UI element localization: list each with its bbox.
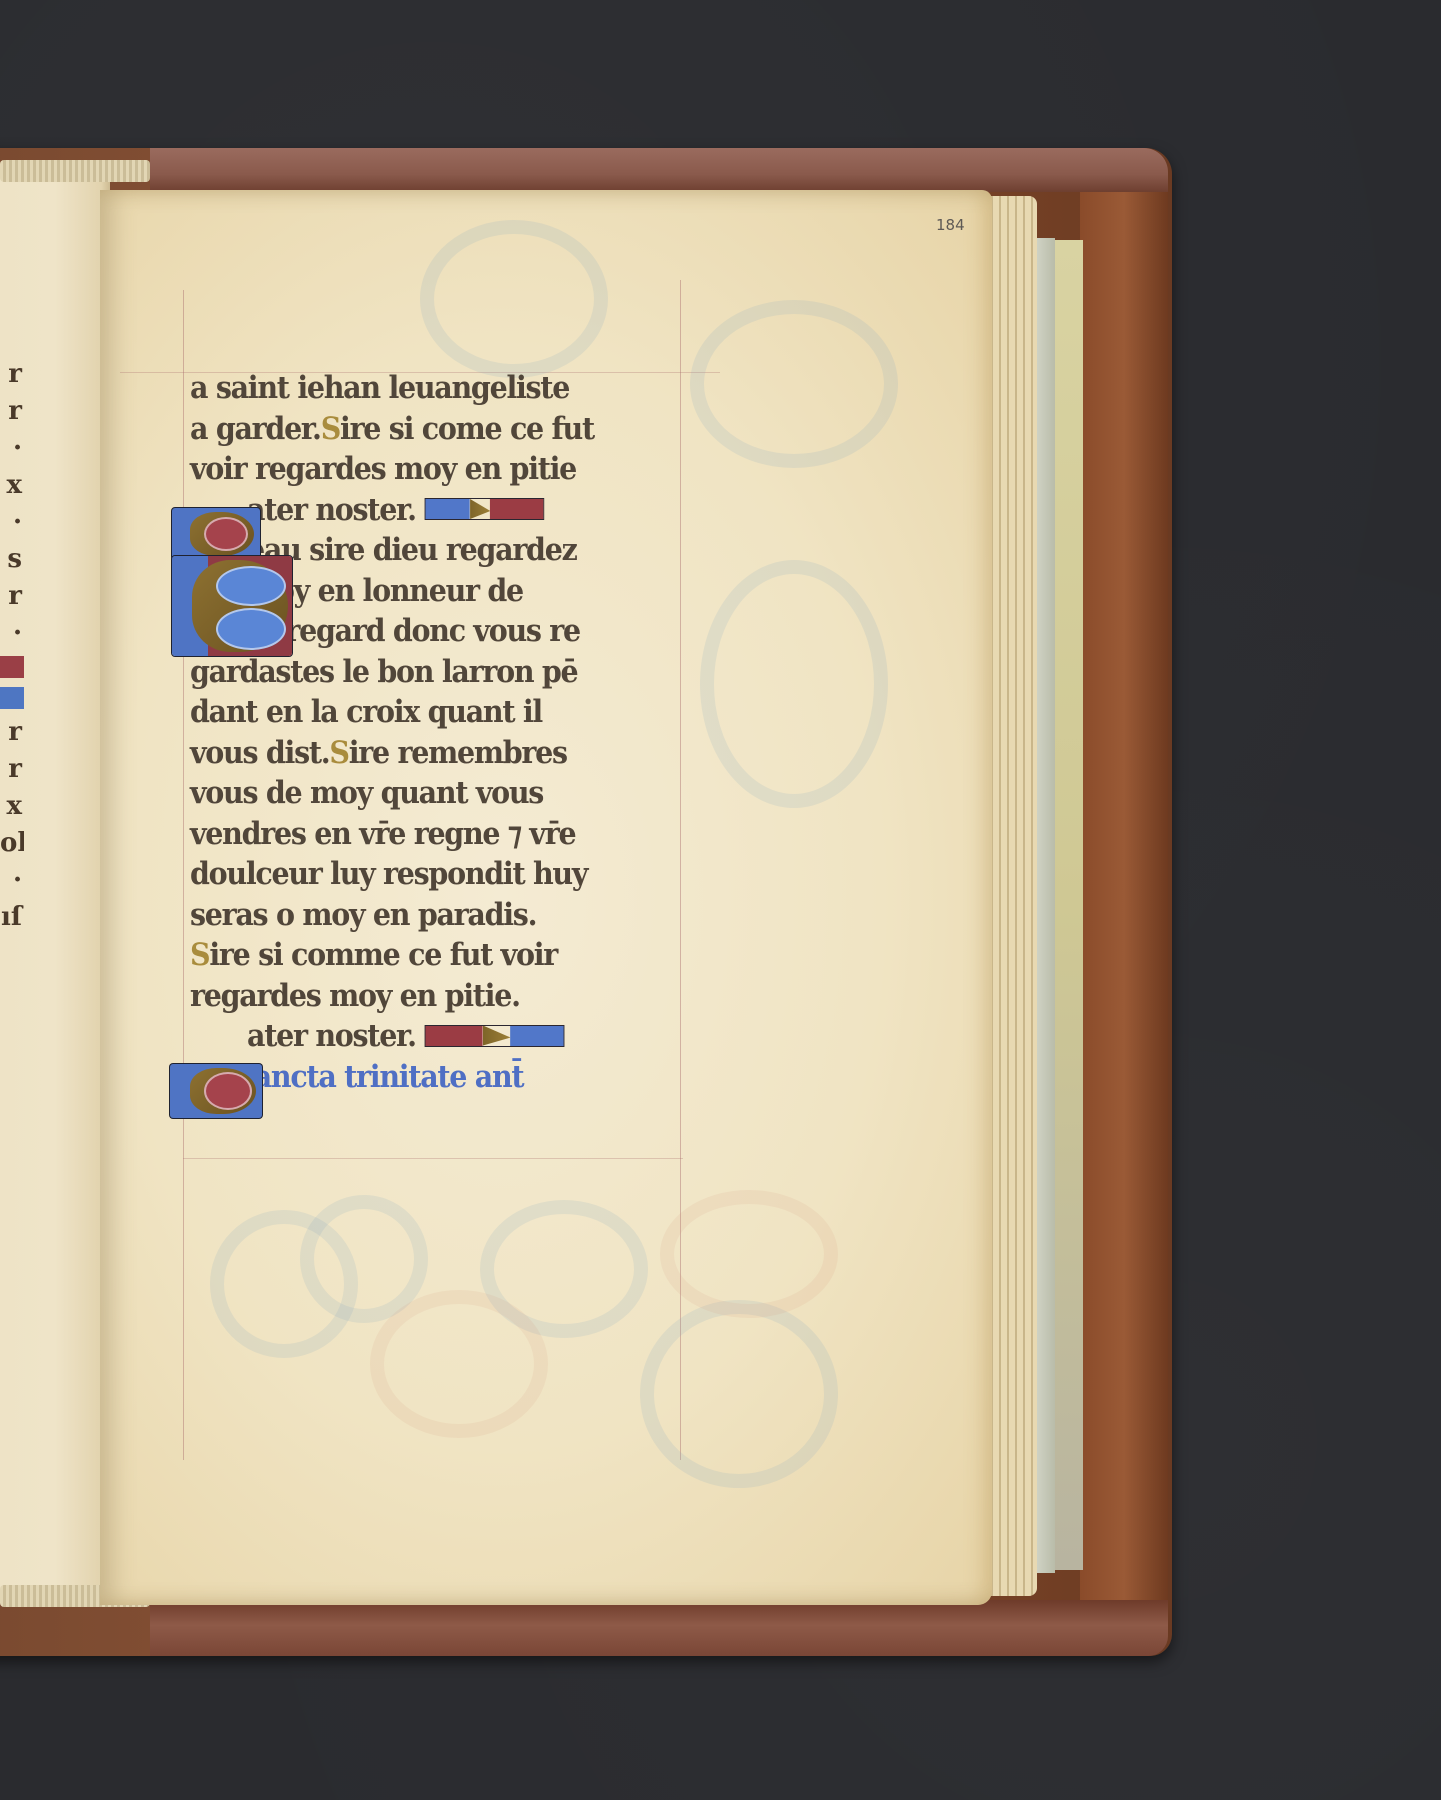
text-segment: ire si come ce fut	[340, 411, 594, 447]
fragment: ·	[0, 508, 24, 536]
line-filler	[425, 498, 545, 520]
fragment: ıſ	[0, 903, 24, 931]
text-line: ater noster.	[190, 490, 668, 531]
fragment: r	[0, 582, 24, 610]
text-line: ater noster.	[190, 1016, 668, 1057]
ruling-left	[183, 290, 184, 1460]
initial-p-lower	[170, 1064, 262, 1118]
text-line: a saint iehan leuangeliste	[190, 368, 668, 409]
ruling-bottom	[183, 1158, 683, 1159]
text-segment: ire remembres	[349, 735, 567, 771]
show-through-scroll	[700, 560, 888, 808]
text-segment: ater noster.	[247, 492, 416, 528]
text-line: voir regardes moy en pitie	[190, 449, 668, 490]
flyleaf-green	[1055, 240, 1083, 1570]
text-line: gardastes le bon larron pē	[190, 652, 668, 693]
text-line: a garder.Sire si come ce fut	[190, 409, 668, 450]
verso-text-fragments: r r · x · s r · r r x ol · ıſ	[0, 360, 24, 940]
fragment-red-filler	[0, 656, 24, 678]
binding-fore-edge	[1080, 190, 1168, 1610]
show-through-scroll	[420, 220, 608, 378]
gold-capital: S	[329, 735, 348, 771]
headband-top	[0, 160, 150, 182]
show-through-scroll	[690, 300, 898, 468]
fragment-blue-filler	[0, 687, 24, 709]
show-through-flower	[370, 1290, 548, 1438]
text-segment: vous dist.	[190, 735, 329, 771]
text-block: a saint iehan leuangeliste a garder.Sire…	[190, 368, 710, 1097]
text-line: vous de moy quant vous	[190, 773, 668, 814]
binding-bottom-turn-in	[150, 1600, 1168, 1656]
fragment: x	[0, 792, 24, 820]
text-segment: a garder.	[190, 411, 321, 447]
show-through-scroll	[640, 1300, 838, 1488]
gold-capital: S	[190, 937, 209, 973]
text-line: dant en la croix quant il	[190, 692, 668, 733]
fragment: r	[0, 755, 24, 783]
text-line: vendres en vr̄e regne ⁊ vr̄e	[190, 814, 668, 855]
fragment: ol	[0, 829, 24, 857]
fragment: ·	[0, 434, 24, 462]
fragment: x	[0, 471, 24, 499]
fragment: r	[0, 397, 24, 425]
text-line: doulceur luy respondit huy	[190, 854, 668, 895]
text-line: seras o moy en paradis.	[190, 895, 668, 936]
text-line: vous dist.Sire remembres	[190, 733, 668, 774]
text-line: Sire si comme ce fut voir	[190, 935, 668, 976]
flyleaf-grey	[1037, 238, 1055, 1573]
text-line: regardes moy en pitie.	[190, 976, 668, 1017]
folio-number: 184	[936, 216, 965, 234]
text-segment: ater noster.	[247, 1018, 416, 1054]
fragment: s	[0, 545, 24, 573]
gold-capital: S	[321, 411, 340, 447]
text-segment: ire si comme ce fut voir	[209, 937, 557, 973]
fragment: r	[0, 718, 24, 746]
fragment: ·	[0, 619, 24, 647]
fragment: r	[0, 360, 24, 388]
fragment: ·	[0, 866, 24, 894]
show-through-flower	[660, 1190, 838, 1318]
initial-b	[172, 556, 292, 656]
initial-p-upper	[172, 508, 260, 560]
line-filler	[425, 1025, 565, 1047]
binding-top-turn-in	[150, 148, 1168, 192]
leaf-stack-edge	[985, 196, 1037, 1596]
